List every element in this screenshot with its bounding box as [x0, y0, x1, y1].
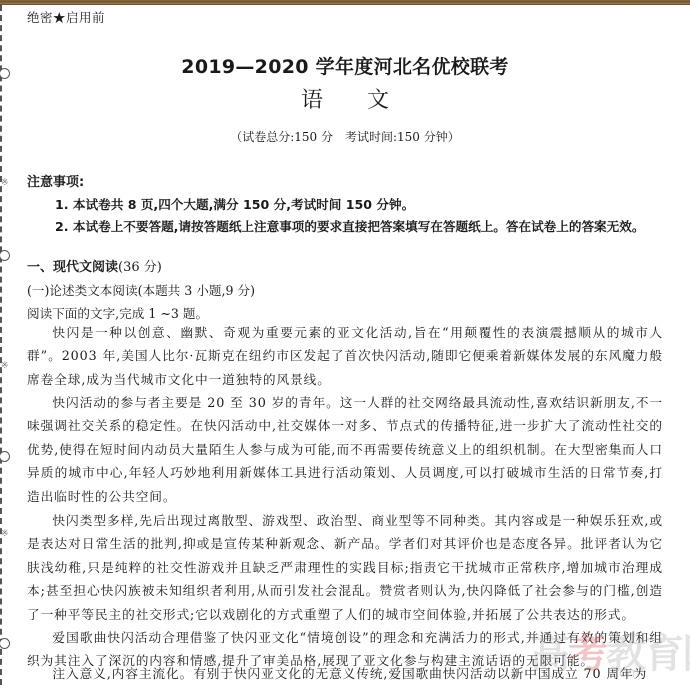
- binding-mark-icon: ※: [1, 179, 9, 188]
- passage-paragraph: 快闪是一种以创意、幽默、奇观为重要元素的亚文化活动,旨在“用颠覆性的表演震撼顺从…: [27, 321, 663, 392]
- page-top-border: [0, 0, 690, 5]
- site-watermark: 高考教育网: [530, 622, 690, 679]
- watermark-url: com: [612, 666, 640, 681]
- passage-paragraph: 快闪活动的参与者主要是 20 至 30 岁的青年。这一人群的社交网络最具流动性,…: [27, 391, 663, 509]
- watermark-text: 考: [568, 631, 606, 677]
- exam-title: 2019—2020 学年度河北名优校联考: [0, 52, 690, 79]
- binding-hole-icon: [0, 638, 10, 649]
- section-heading-label: 一、现代文阅读: [27, 260, 118, 275]
- subject-char: 文: [367, 83, 389, 114]
- passage-paragraph: 快闪类型多样,先后出现过离散型、游戏型、政治型、商业型等不同种类。其内容或是一种…: [27, 509, 663, 627]
- confidential-label: 绝密★启用前: [27, 8, 105, 26]
- binding-mark-icon: ※: [1, 362, 9, 371]
- reading-instruction: 阅读下面的文字,完成 1 ~3 题。: [27, 303, 208, 322]
- section-points: (36 分): [118, 260, 162, 275]
- notice-item: 2. 本试卷上不要答题,请按答题纸上注意事项的要求直接把答案填写在答题纸上。答在…: [55, 216, 644, 235]
- notice-heading: 注意事项:: [27, 171, 84, 190]
- watermark-text: 高: [530, 631, 568, 677]
- binding-hole-icon: [0, 250, 10, 261]
- section-heading: 一、现代文阅读(36 分): [27, 256, 162, 275]
- binding-hole-icon: [0, 451, 10, 462]
- subject-title: 语文: [0, 83, 690, 114]
- exam-info: （试卷总分:150 分 考试时间:150 分钟）: [0, 128, 690, 145]
- subsection-heading: (一)论述类文本阅读(本题共 3 小题,9 分): [27, 280, 255, 299]
- notice-item: 1. 本试卷共 8 页,四个大题,满分 150 分,考试时间 150 分钟。: [55, 194, 414, 213]
- subject-char: 语: [301, 83, 323, 114]
- binding-mark-icon: ※: [1, 530, 9, 539]
